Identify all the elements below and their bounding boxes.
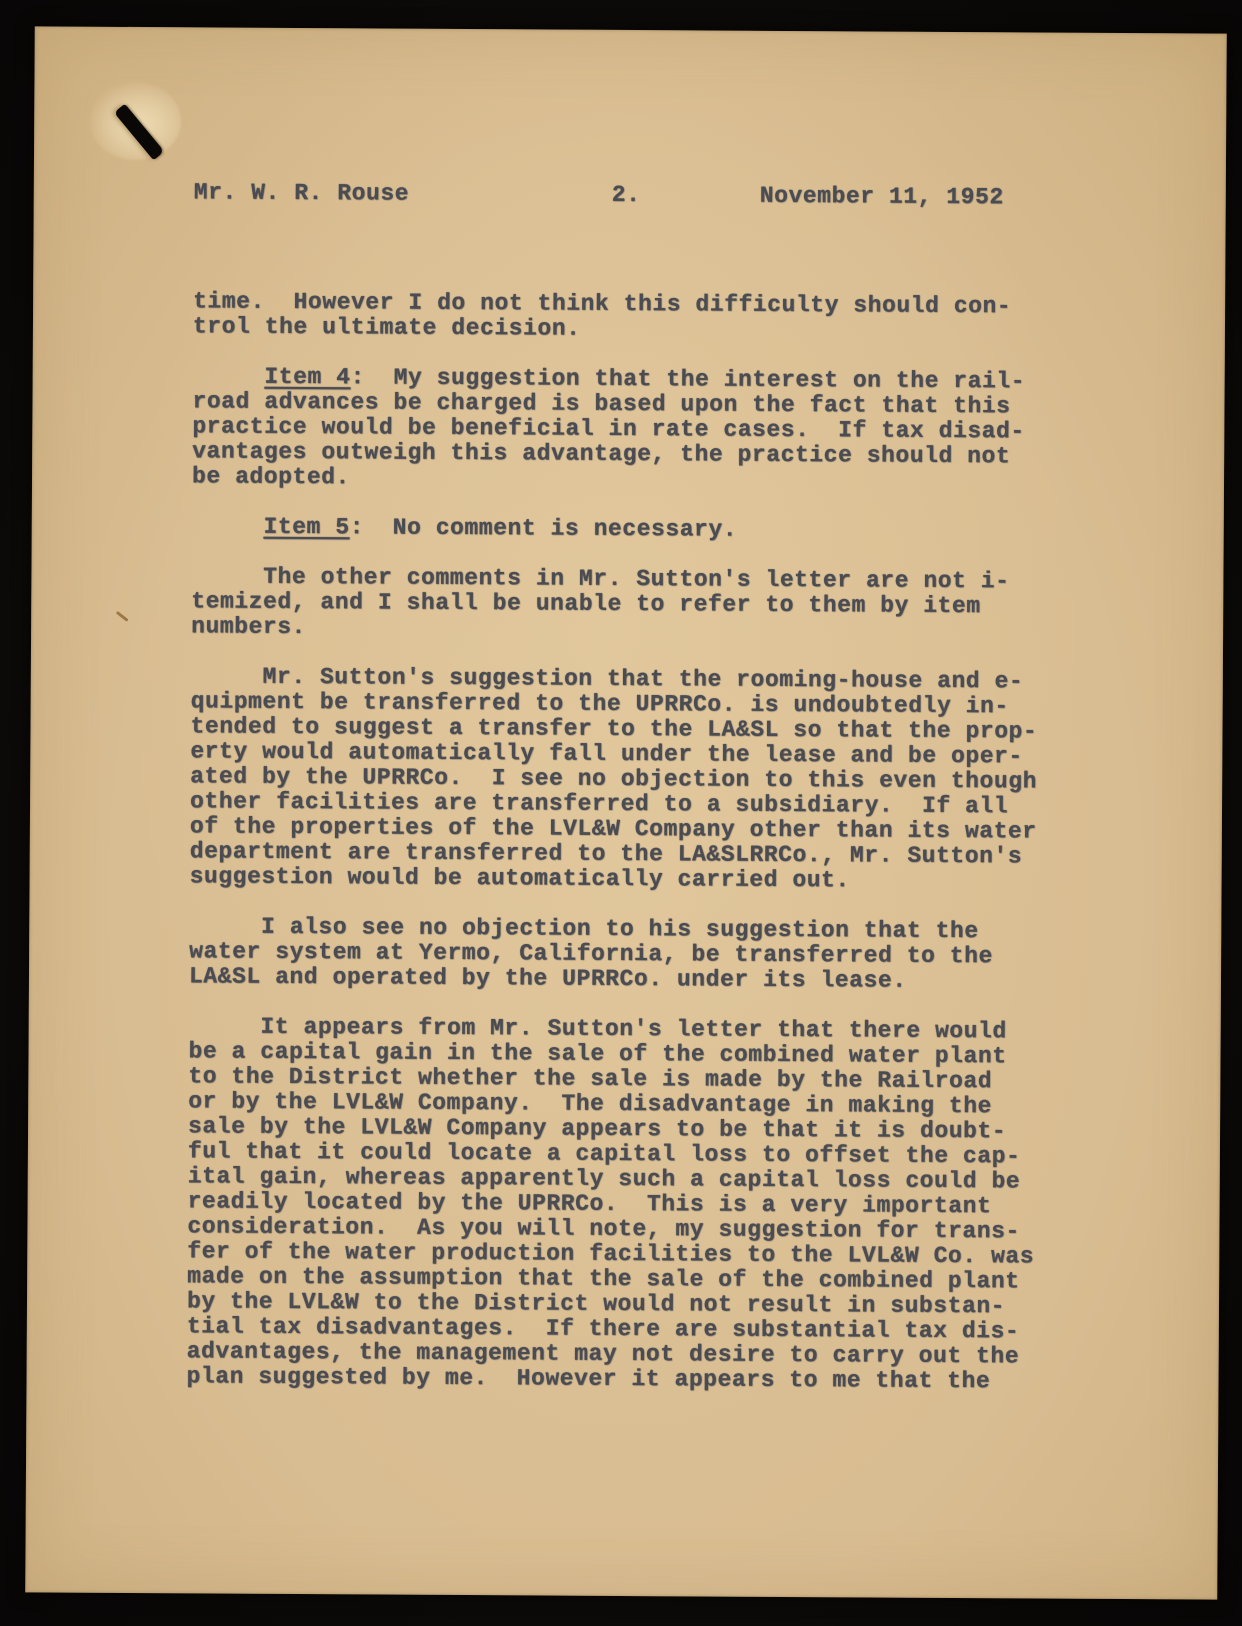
letter-paragraph: Item 4: My suggestion that the interest … [192,364,1093,494]
text-segment: LA&SL and operated by the UPRRCo. under … [189,963,907,993]
text-segment: numbers. [191,613,306,640]
letter-body: time. However I do not think this diffic… [186,289,1093,1394]
letter-header: Mr. W. R. Rouse 2. November 11, 1952 [34,178,1226,213]
text-segment [193,363,265,389]
underlined-text: Item 5 [263,514,349,541]
letter-paragraph: I also see no objection to his suggestio… [189,914,1089,994]
text-segment: suggestion would be automatically carrie… [190,863,850,893]
text-segment: : No comment is necessary. [350,514,738,542]
text-segment [192,513,264,539]
letter-line: Item 5: No comment is necessary. [192,514,1092,544]
letter-paragraph: It appears from Mr. Sutton's letter that… [186,1014,1088,1394]
recipient-name: Mr. W. R. Rouse [194,179,409,206]
text-segment: plan suggested by me. However it appears… [186,1363,990,1394]
text-segment: temized, and I shall be unable to refer … [191,588,981,619]
text-segment: trol the ultimate decision. [193,313,581,341]
letter-line: plan suggested by me. However it appears… [186,1364,1086,1394]
paper-fiber-speck [116,611,129,622]
letter-date: November 11, 1952 [760,183,1004,210]
underlined-text: Item 4 [264,364,350,391]
letter-page: Mr. W. R. Rouse 2. November 11, 1952 tim… [25,26,1227,1599]
letter-paragraph: time. However I do not think this diffic… [193,289,1093,344]
text-segment: be adopted. [192,463,350,490]
letter-paragraph: Mr. Sutton's suggestion that the rooming… [190,664,1091,894]
letter-paragraph: The other comments in Mr. Sutton's lette… [191,564,1091,644]
page-number: 2. [612,182,641,208]
letter-paragraph: Item 5: No comment is necessary. [192,514,1092,544]
